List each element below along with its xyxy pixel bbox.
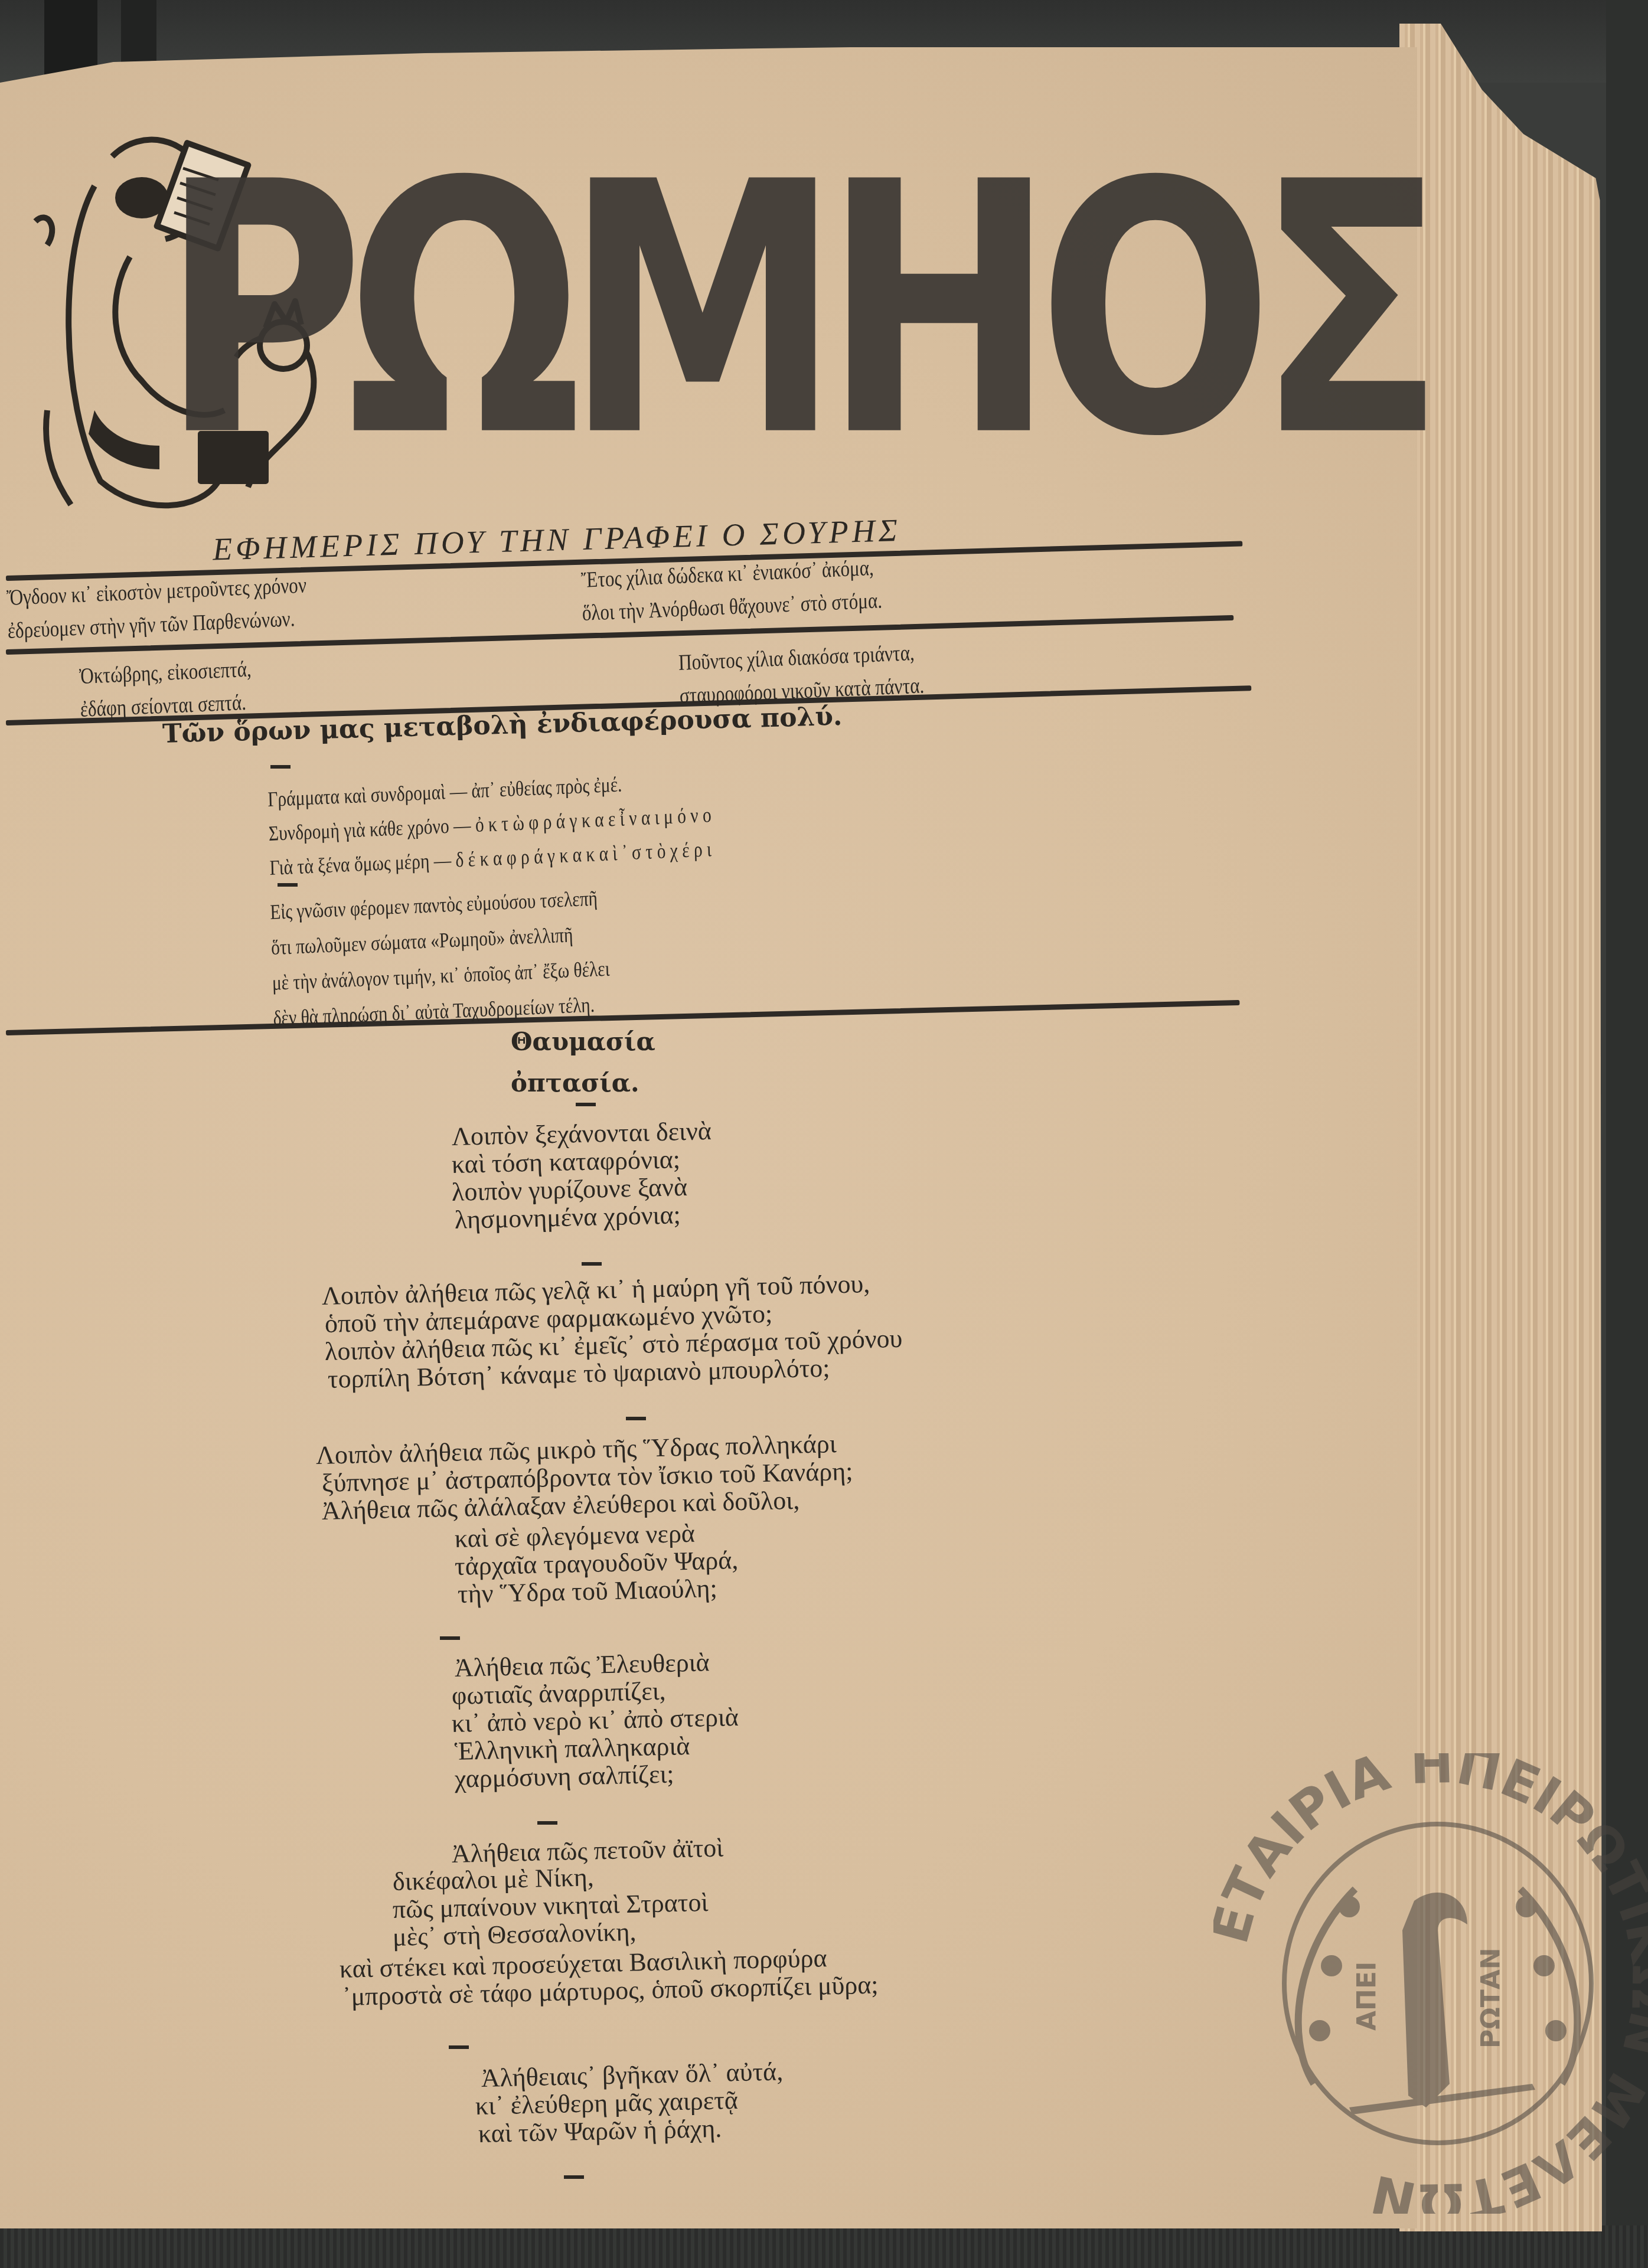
poem-title-line: ὀπτασία.	[511, 1063, 655, 1104]
poem-line: λησμονημένα χρόνια;	[454, 1200, 681, 1235]
masthead-title: ΡΩΜΗΟΣ	[366, 44, 1222, 576]
separator-dash	[564, 2175, 584, 2179]
poem-line: τὴν Ὕδρα τοῦ Μιαούλη;	[457, 1573, 717, 1609]
poem-title: Θαυμασία ὀπτασία.	[511, 1021, 655, 1104]
header-verse-right-bottom: Ποῦντος χίλια διακόσα τριάντα, σταυροφόρ…	[678, 636, 925, 713]
header-verse-right-top: Ἔτος χίλια δώδεκα κι᾿ ἐνιακόσ᾿ ἀκόμα, ὅλ…	[580, 551, 882, 630]
poem-line: μὲς᾿ στὴ Θεσσαλονίκη,	[392, 1917, 637, 1952]
separator-dash	[537, 1821, 557, 1825]
separator-dash	[582, 1262, 602, 1266]
separator-dash	[270, 765, 291, 769]
header-verse-left-bottom: Ὀκτώβρης, εἰκοσιεπτά, ἐδάφη σείονται σεπ…	[79, 653, 253, 726]
notice-terms: Γράμματα καὶ συνδρομαὶ — ἀπ᾿ εὐθείας πρὸ…	[267, 763, 713, 885]
book-cover-bottom	[0, 2225, 1648, 2268]
header-verse-left-top: Ὄγδοον κι᾿ εἰκοστὸν μετροῦντες χρόνον ἐδ…	[6, 568, 308, 648]
poem-line: καὶ τῶν Ψαρῶν ἡ ῥάχη.	[478, 2113, 722, 2149]
stamp-inner-right: ΡΩΤΑΝ	[1476, 1947, 1506, 2048]
poem-title-line: Θαυμασία	[511, 1021, 655, 1063]
separator-dash	[278, 883, 298, 887]
stamp-inner-left: ΑΠΕΙ	[1352, 1962, 1382, 2031]
binding-strip	[44, 0, 97, 77]
separator-dash	[626, 1417, 646, 1420]
library-stamp-icon: ΕΤΑΙΡΙΑ ΗΠΕΙΡΩΤΙΚΩΝ ΜΕΛΕΤΩΝ ΑΠΕΙ ΡΩΤΑΝ	[1213, 1753, 1648, 2214]
separator-dash	[449, 2045, 469, 2049]
masthead: ΡΩΜΗΟΣ	[12, 103, 1240, 528]
notice-announcement: Εἰς γνῶσιν φέρομεν παντὸς εὐμούσου τσελε…	[270, 880, 612, 1036]
poem-line: χαρμόσυνη σαλπίζει;	[454, 1759, 674, 1794]
separator-dash	[440, 1636, 460, 1640]
separator-dash	[576, 1103, 596, 1106]
